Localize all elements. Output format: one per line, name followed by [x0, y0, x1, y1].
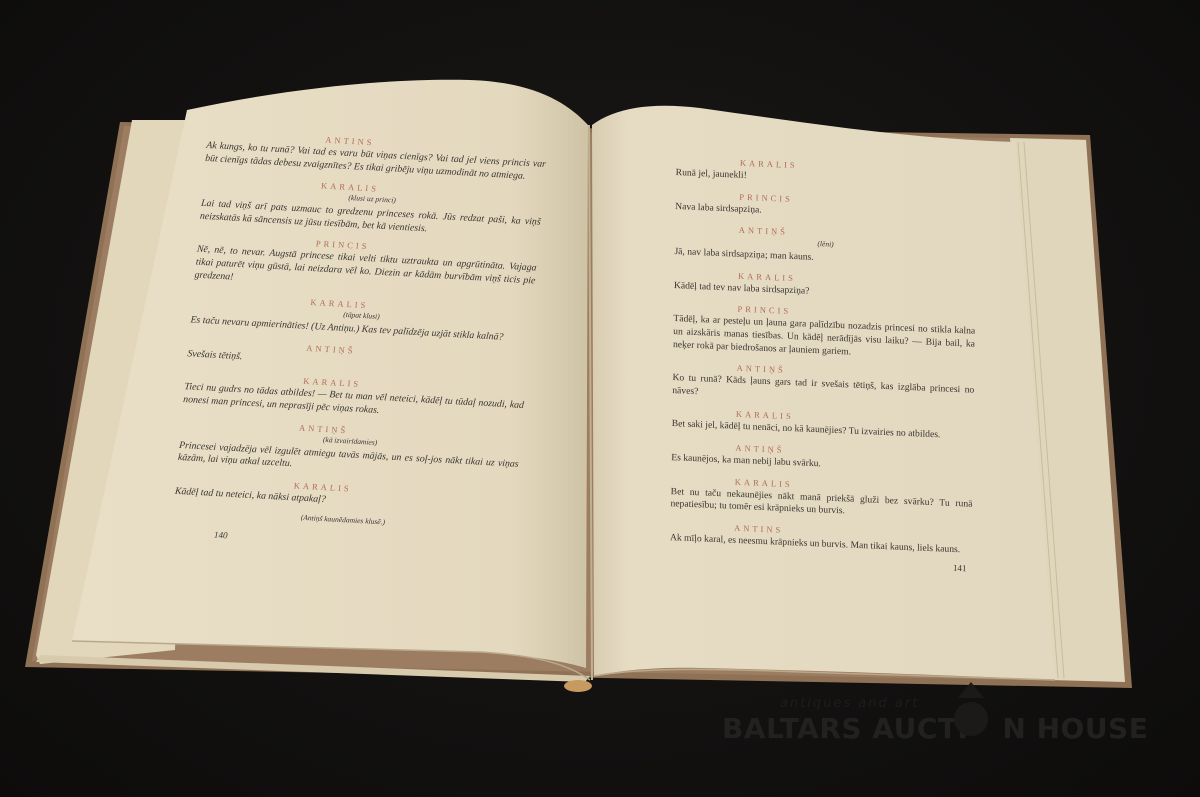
dialogue-block: KARALISKādēļ tad tev nav laba sirdsapziņ…	[674, 268, 976, 305]
page-number-left: 140	[214, 530, 228, 541]
right-page-text: KARALISRunā jel, jaunekli!PRINCISNava la…	[670, 155, 978, 566]
dialogue-block: KARALIS(klusi uz princi)Lai tad viņš arī…	[199, 174, 543, 242]
open-book-photo	[0, 0, 1200, 797]
dialogue-block: PRINCISNē, nē, to nevar. Augstā princese…	[194, 232, 538, 301]
dialogue-block: ANTINSAk mīļo karal, es neesmu krāpnieks…	[670, 520, 972, 557]
watermark-tagline: antiques and art	[780, 696, 919, 711]
dialogue-block: PRINCISTādēļ, ka ar pesteļu un ļauna gar…	[673, 301, 976, 363]
dialogue-block: KARALISBet nu taču nekaunējies nākt manā…	[670, 474, 972, 524]
crest-logo-icon	[954, 702, 988, 736]
auction-house-watermark: antiques and art BALTARS AUCTIN HOUSE	[722, 712, 1148, 745]
dialogue-block: KARALISBet saki jel, kādēļ tu nenāci, no…	[672, 406, 974, 443]
dialogue-block: ANTIŅŠEs kaunējos, ka man nebij labu svā…	[671, 440, 973, 477]
dialogue-block: KARALISTieci nu gudrs no tādas atbildes!…	[183, 369, 526, 425]
dialogue-block: ANTIŅŠ(kā izvairīdamies)Princesei vajadz…	[177, 416, 521, 484]
dialogue-block: KARALIS(tāpat klusi)Es taču nevaru apmie…	[190, 291, 533, 346]
crown-icon	[958, 682, 984, 698]
watermark-name-part2: N HOUSE	[1002, 712, 1148, 745]
watermark-name-part1: BALTARS AUCTI	[722, 712, 968, 745]
dialogue-block: PRINCISNava laba sirdsapziņa.	[675, 189, 977, 226]
dialogue-block: ANTIŅŠ(lēni)Jā, nav laba sirdsapziņa; ma…	[674, 222, 976, 271]
dialogue-block: ANTIŅŠKo tu runā? Kāds ļauns gars tad ir…	[672, 360, 974, 410]
left-page-text: ANTINSAk kungs, ko tu runā? Vai tad es v…	[172, 128, 548, 543]
page-number-right: 141	[953, 563, 967, 573]
